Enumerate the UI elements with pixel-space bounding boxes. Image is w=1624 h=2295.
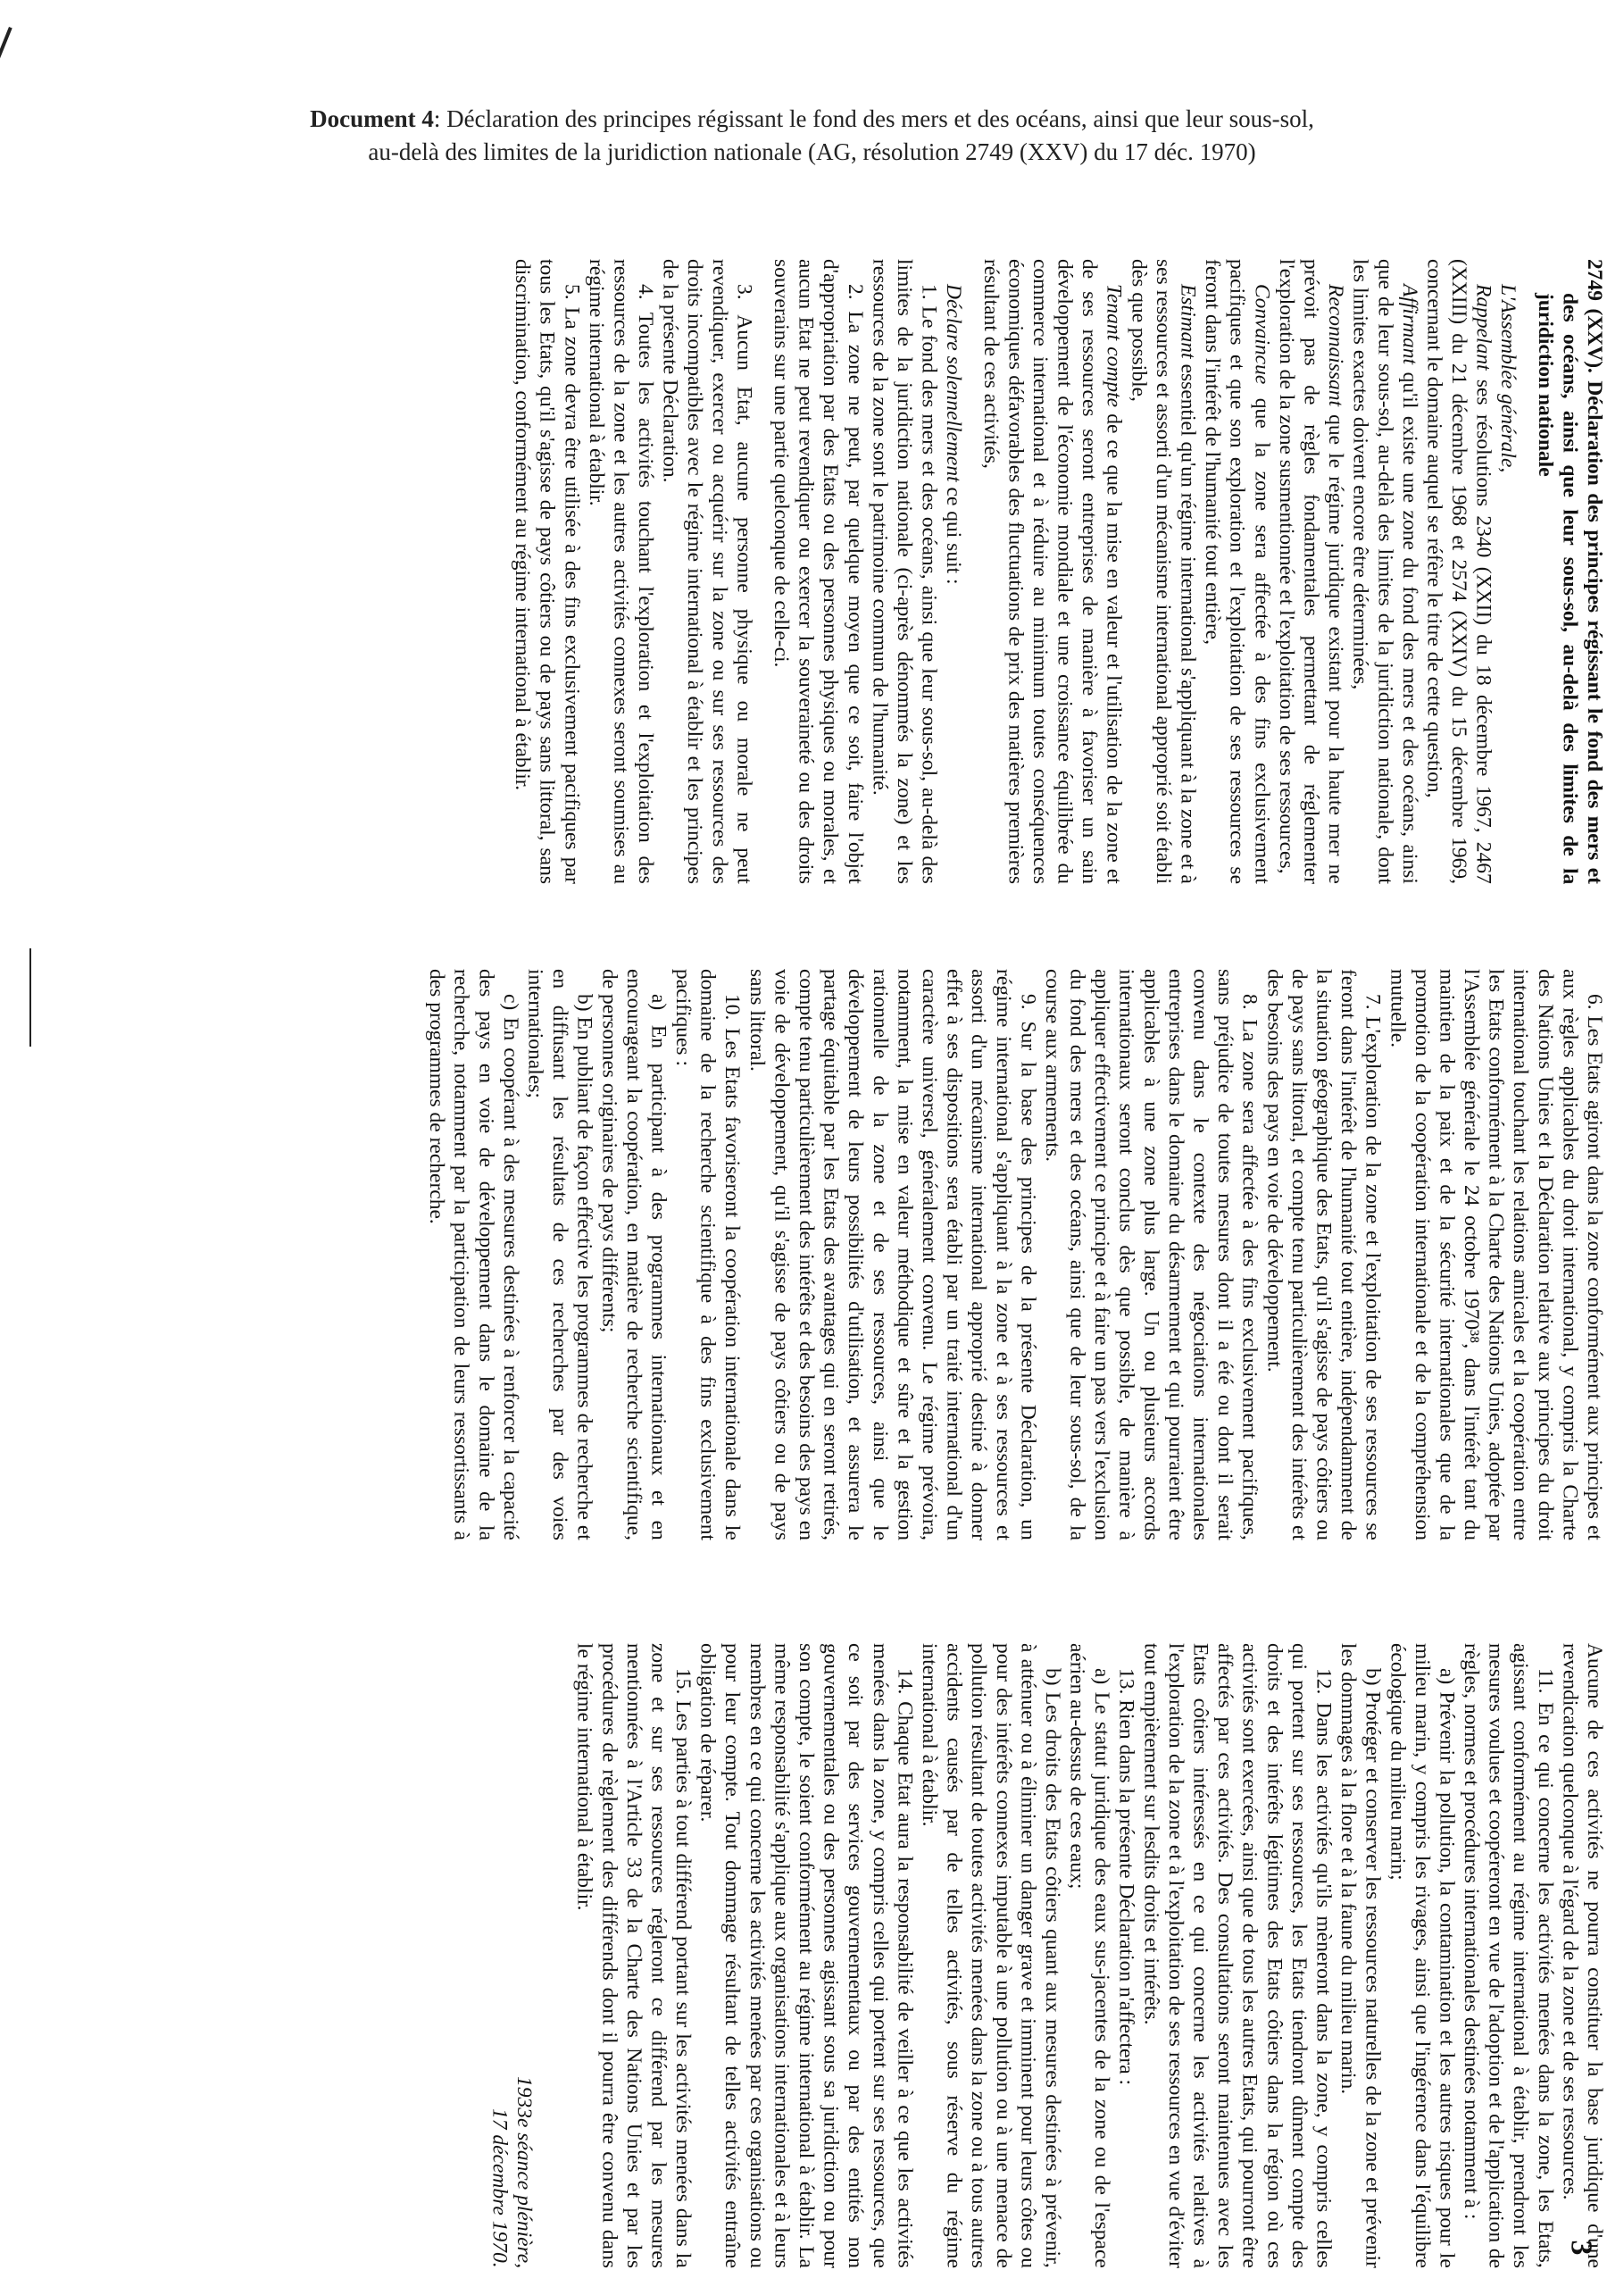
text-column-3: Aucune de ces activités ne pourra consti…: [17, 1643, 1606, 2268]
preamble-paragraph: Rappelant ses résolutions 2340 (XXII) du…: [1421, 259, 1495, 884]
preamble-paragraph: Tenant compte de ce que la mise en valeu…: [978, 259, 1126, 884]
page-number: 3: [1564, 2241, 1598, 2256]
text-column-1: 2749 (XXV). Déclaration des principes ré…: [17, 259, 1606, 884]
article-6: 6. Les Etats agiront dans la zone confor…: [1385, 969, 1606, 1540]
preamble-paragraph: Reconnaissant que le régime juridique ex…: [1273, 259, 1347, 884]
preamble-paragraph: Convaincue que la zone sera affectée à d…: [1200, 259, 1274, 884]
preamble-paragraph: Estimant essentiel qu'un régime internat…: [1126, 259, 1200, 884]
document-label: Document 4: [310, 105, 434, 132]
session-date: 17 décembre 1970.: [487, 1643, 512, 2268]
article-4: 4. Toutes les activités touchant l'explo…: [583, 259, 657, 884]
text-column-2: 6. Les Etats agiront dans la zone confor…: [17, 969, 1606, 1540]
article-15: 15. Les parties à tout différend portant…: [571, 1643, 695, 2268]
header-line-1: Document 4: Déclaration des principes ré…: [0, 103, 1624, 136]
article-2: 2. La zone ne peut, par quelque moyen qu…: [768, 259, 866, 884]
declaration-heading: Déclare solennellement ce qui suit :: [941, 259, 966, 884]
session-note: 1933e séance plénière,: [511, 1643, 536, 2268]
article-7: 7. L'exploration de la zone et l'exploit…: [1262, 969, 1385, 1540]
article-11-a: a) Prévenir la pollution, la contaminati…: [1385, 1643, 1459, 2268]
pen-mark: [0, 27, 12, 104]
article-8: 8. La zone sera affectée à des fins excl…: [1039, 969, 1261, 1540]
document-header: Document 4: Déclaration des principes ré…: [0, 103, 1624, 169]
article-13-a: a) Le statut juridique des eaux sus-jace…: [1064, 1643, 1113, 2268]
article-3: 3. Aucun Etat, aucune personne physique …: [657, 259, 755, 884]
article-10: 10. Les Etats favoriseront la coopératio…: [670, 969, 744, 1540]
article-12: 12. Dans les activités qu'ils mèneront d…: [1138, 1643, 1336, 2268]
article-13: 13. Rien dans la présente Déclaration n'…: [1113, 1643, 1138, 2268]
article-10-a: a) En participant à des programmes inter…: [596, 969, 670, 1540]
preamble-paragraph: Affirmant qu'il existe une zone du fond …: [1347, 259, 1421, 884]
article-14: 14. Chaque Etat aura la responsabilité d…: [695, 1643, 916, 2268]
article-9: 9. Sur la base des principes de la prése…: [744, 969, 1039, 1540]
article-11-b: b) Protéger et conserver les ressources …: [1335, 1643, 1384, 2268]
article-1: 1. Le fond des mers et des océans, ainsi…: [867, 259, 941, 884]
article-10-closing: Aucune de ces activités ne pourra consti…: [1557, 1643, 1606, 2268]
assembly-heading: L'Assemblée générale,: [1495, 259, 1520, 884]
article-11: 11. En ce qui concerne les activités men…: [1458, 1643, 1556, 2268]
header-line-2: au-delà des limites de la juridiction na…: [0, 136, 1624, 169]
article-13-b: b) Les droits des Etats côtiers quant au…: [916, 1643, 1064, 2268]
article-5: 5. La zone devra être utilisée à des fin…: [509, 259, 583, 884]
article-10-b: b) En publiant de façon effective les pr…: [522, 969, 596, 1540]
article-10-c: c) En coopérant à des mesures destinées …: [424, 969, 522, 1540]
resolution-title: 2749 (XXV). Déclaration des principes ré…: [1532, 259, 1606, 884]
header-title-1: : Déclaration des principes régissant le…: [434, 105, 1314, 132]
